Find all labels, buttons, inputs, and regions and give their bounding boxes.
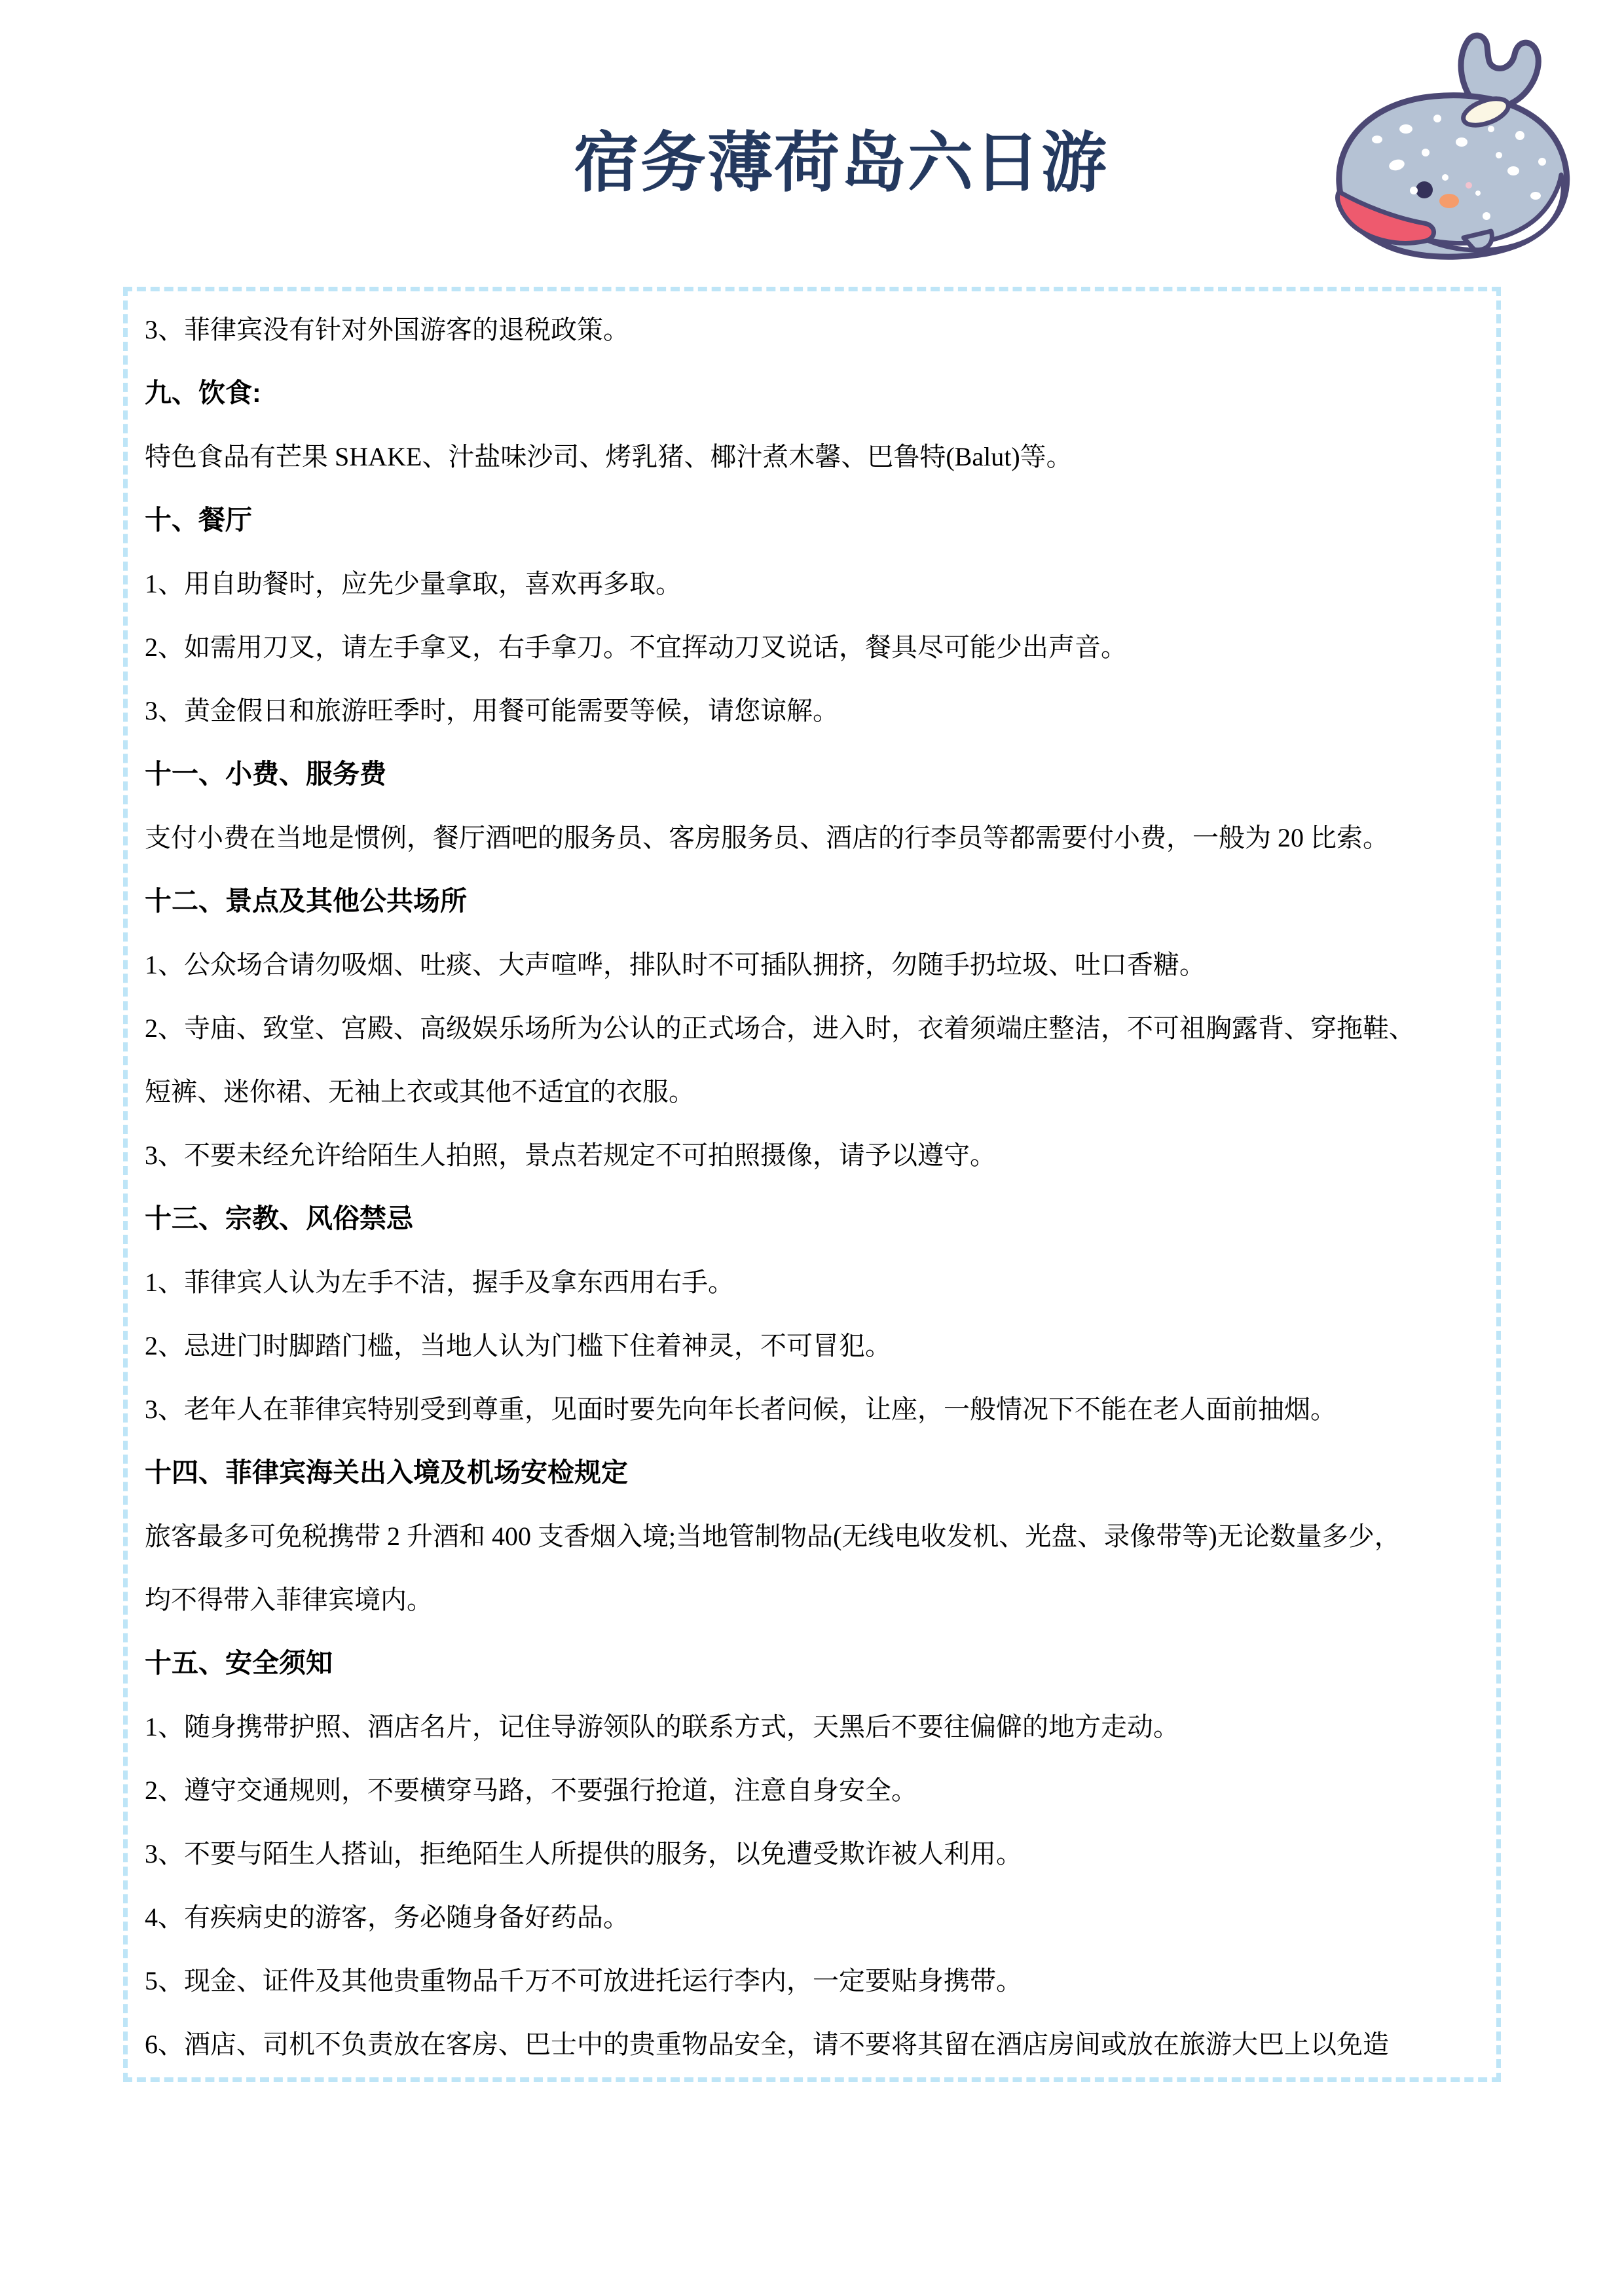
paragraph-line: 2、忌进门时脚踏门槛，当地人认为门槛下住着神灵，不可冒犯。 bbox=[145, 1314, 1481, 1377]
section-heading: 十、餐厅 bbox=[145, 488, 1481, 552]
paragraph-line: 支付小费在当地是惯例，餐厅酒吧的服务员、客房服务员、酒店的行李员等都需要付小费，… bbox=[145, 806, 1481, 869]
paragraph-line: 2、如需用刀叉，请左手拿叉，右手拿刀。不宜挥动刀叉说话，餐具尽可能少出声音。 bbox=[145, 615, 1481, 679]
whale-pink-spot bbox=[1466, 182, 1472, 189]
section-heading: 十五、安全须知 bbox=[145, 1631, 1481, 1695]
paragraph-line: 1、用自助餐时，应先少量拿取，喜欢再多取。 bbox=[145, 552, 1481, 615]
paragraph-line: 4、有疾病史的游客，务必随身备好药品。 bbox=[145, 1886, 1481, 1949]
paragraph-line: 5、现金、证件及其他贵重物品千万不可放进托运行李内，一定要贴身携带。 bbox=[145, 1949, 1481, 2013]
whale-blush bbox=[1439, 194, 1459, 208]
paragraph-line: 1、随身携带护照、酒店名片，记住导游领队的联系方式，天黑后不要往偏僻的地方走动。 bbox=[145, 1695, 1481, 1758]
paragraph-line: 1、菲律宾人认为左手不洁，握手及拿东西用右手。 bbox=[145, 1250, 1481, 1314]
paragraph-line: 均不得带入菲律宾境内。 bbox=[145, 1568, 1481, 1631]
section-heading: 九、饮食: bbox=[145, 361, 1481, 425]
paragraph-line: 3、不要与陌生人搭讪，拒绝陌生人所提供的服务，以免遭受欺诈被人利用。 bbox=[145, 1822, 1481, 1886]
whale-icon bbox=[1326, 29, 1581, 265]
paragraph-line: 2、遵守交通规则，不要横穿马路，不要强行抢道，注意自身安全。 bbox=[145, 1758, 1481, 1822]
paragraph-line: 6、酒店、司机不负责放在客房、巴士中的贵重物品安全，请不要将其留在酒店房间或放在… bbox=[145, 2013, 1481, 2076]
paragraph-line: 1、公众场合请勿吸烟、吐痰、大声喧哗，排队时不可插队拥挤，勿随手扔垃圾、吐口香糖… bbox=[145, 933, 1481, 996]
whale-illustration bbox=[1326, 29, 1581, 265]
section-heading: 十一、小费、服务费 bbox=[145, 742, 1481, 806]
paragraph-line: 3、菲律宾没有针对外国游客的退税政策。 bbox=[145, 298, 1481, 361]
travel-tips-box: 3、菲律宾没有针对外国游客的退税政策。九、饮食:特色食品有芒果 SHAKE、汁盐… bbox=[123, 287, 1501, 2082]
tips-lines: 3、菲律宾没有针对外国游客的退税政策。九、饮食:特色食品有芒果 SHAKE、汁盐… bbox=[145, 298, 1481, 2076]
paragraph-line: 3、不要未经允许给陌生人拍照，景点若规定不可拍照摄像，请予以遵守。 bbox=[145, 1123, 1481, 1187]
paragraph-line: 3、老年人在菲律宾特别受到尊重，见面时要先向年长者问候，让座，一般情况下不能在老… bbox=[145, 1377, 1481, 1441]
paragraph-line: 2、寺庙、致堂、宫殿、高级娱乐场所为公认的正式场合，进入时，衣着须端庄整洁，不可… bbox=[145, 996, 1481, 1060]
paragraph-line: 短裤、迷你裙、无袖上衣或其他不适宜的衣服。 bbox=[145, 1060, 1481, 1123]
paragraph-line: 特色食品有芒果 SHAKE、汁盐味沙司、烤乳猪、椰汁煮木馨、巴鲁特(Balut)… bbox=[145, 425, 1481, 488]
section-heading: 十三、宗教、风俗禁忌 bbox=[145, 1187, 1481, 1250]
paragraph-line: 3、黄金假日和旅游旺季时，用餐可能需要等候，请您谅解。 bbox=[145, 679, 1481, 742]
section-heading: 十二、景点及其他公共场所 bbox=[145, 869, 1481, 933]
paragraph-line: 旅客最多可免税携带 2 升酒和 400 支香烟入境;当地管制物品(无线电收发机、… bbox=[145, 1504, 1481, 1568]
whale-eye bbox=[1416, 181, 1433, 198]
section-heading: 十四、菲律宾海关出入境及机场安检规定 bbox=[145, 1441, 1481, 1504]
